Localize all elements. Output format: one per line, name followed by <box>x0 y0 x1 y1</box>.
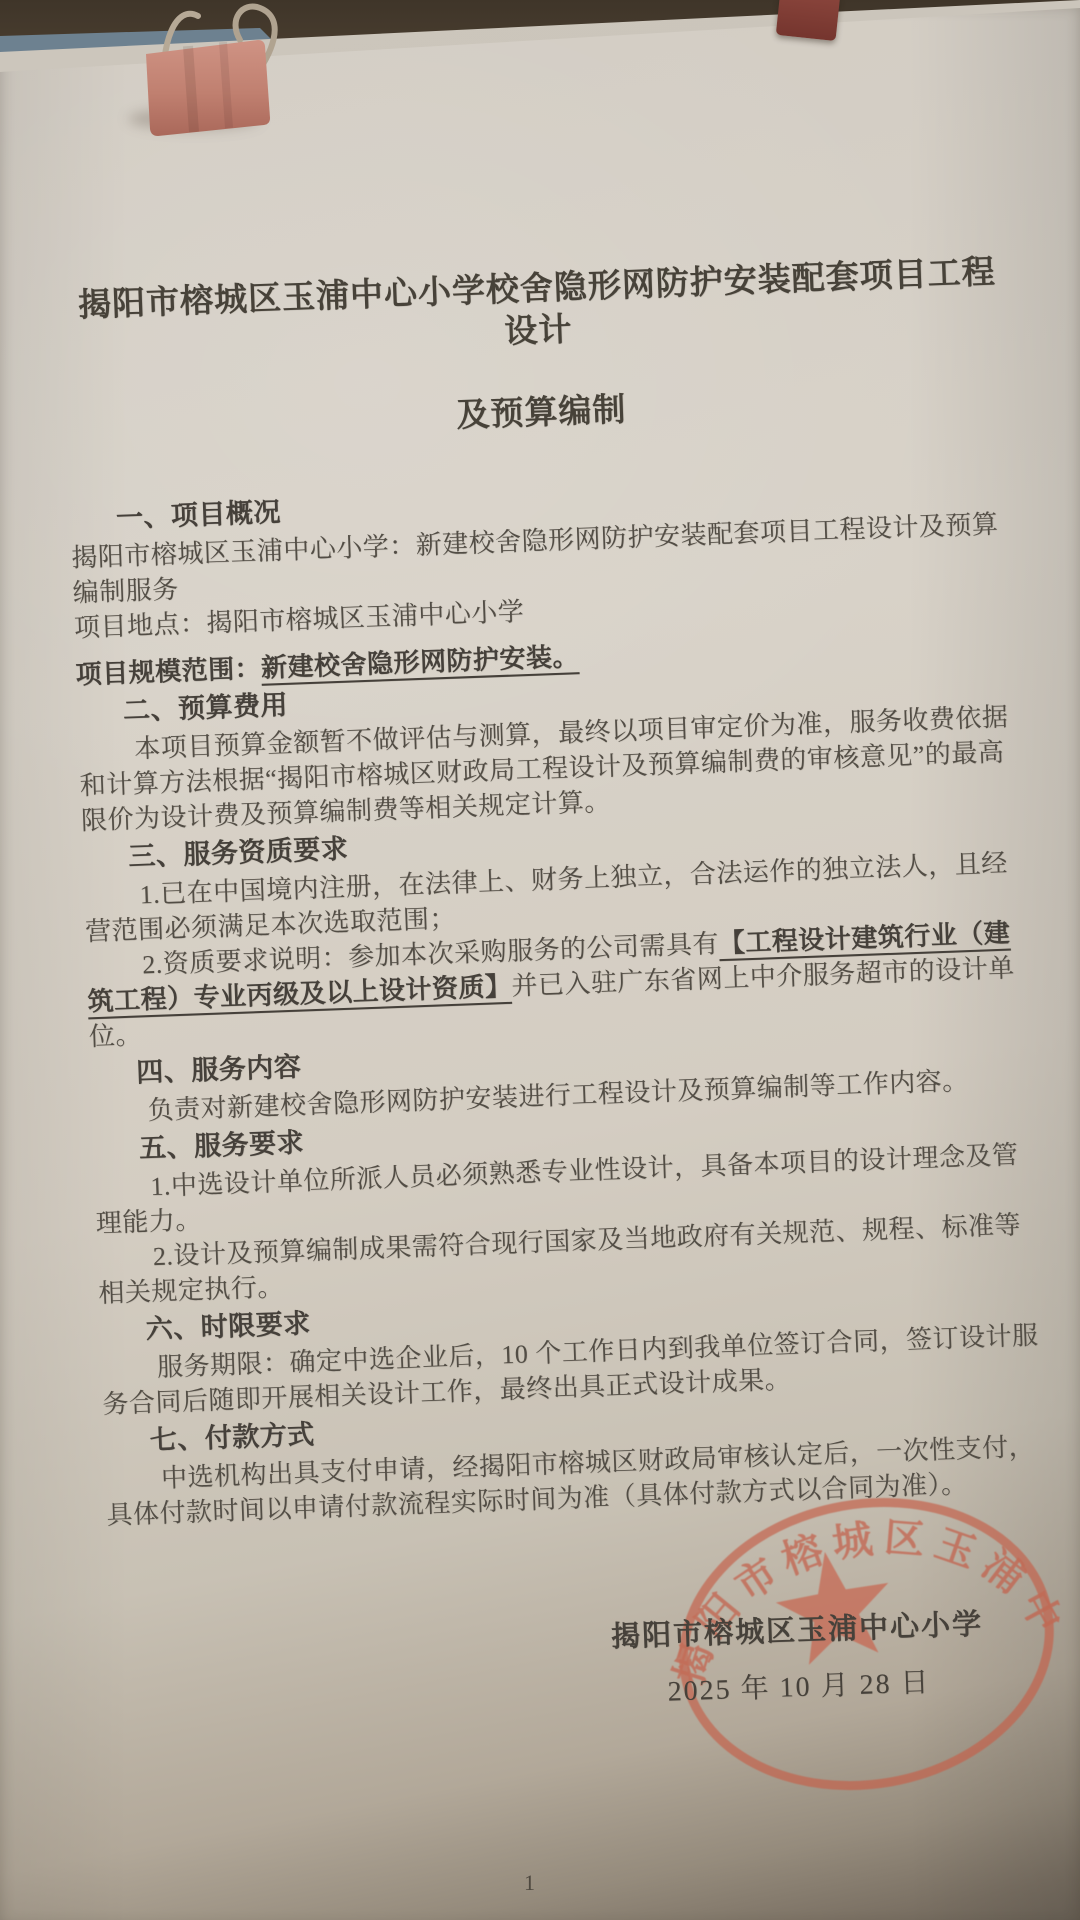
document-section: 三、服务资质要求1.已在中国境内注册，在法律上、财务上独立，合法运作的独立法人，… <box>82 806 1039 1055</box>
document-section: 一、项目概况揭阳市榕城区玉浦中心小学：新建校舍隐形网防护安装配套项目工程设计及预… <box>69 467 1025 693</box>
signature-block: 揭阳市榕城区玉浦中心小学 2025 年 10 月 28 日 <box>586 1601 1009 1713</box>
text-segment: 新建校舍隐形网防护安装。 <box>261 642 580 683</box>
signature-org: 揭阳市榕城区玉浦中心小学 <box>586 1601 1007 1657</box>
document-section: 五、服务要求1.中选设计单位所派人员必须熟悉专业性设计，具备本项目的设计理念及管… <box>92 1097 1048 1311</box>
binder-clip-partial <box>776 0 840 41</box>
photo-scene: 揭阳市榕城区玉浦中心小学校舍隐形网防护安装配套项目工程设计 及预算编制 一、项目… <box>0 0 1080 1920</box>
binder-clip <box>118 0 308 144</box>
page-number: 1 <box>524 1870 535 1896</box>
document-page: 揭阳市榕城区玉浦中心小学校舍隐形网防护安装配套项目工程设计 及预算编制 一、项目… <box>0 0 1080 1920</box>
sections-container: 一、项目概况揭阳市榕城区玉浦中心小学：新建校舍隐形网防护安装配套项目工程设计及预… <box>69 467 1056 1533</box>
document-title-line2: 及预算编制 <box>66 375 1017 452</box>
document-title-line1: 揭阳市榕城区玉浦中心小学校舍隐形网防护安装配套项目工程设计 <box>61 251 1013 370</box>
text-segment: 项目规模范围： <box>75 654 261 690</box>
clip-body <box>146 40 270 136</box>
document-content: 揭阳市榕城区玉浦中心小学校舍隐形网防护安装配套项目工程设计 及预算编制 一、项目… <box>61 251 1056 1533</box>
